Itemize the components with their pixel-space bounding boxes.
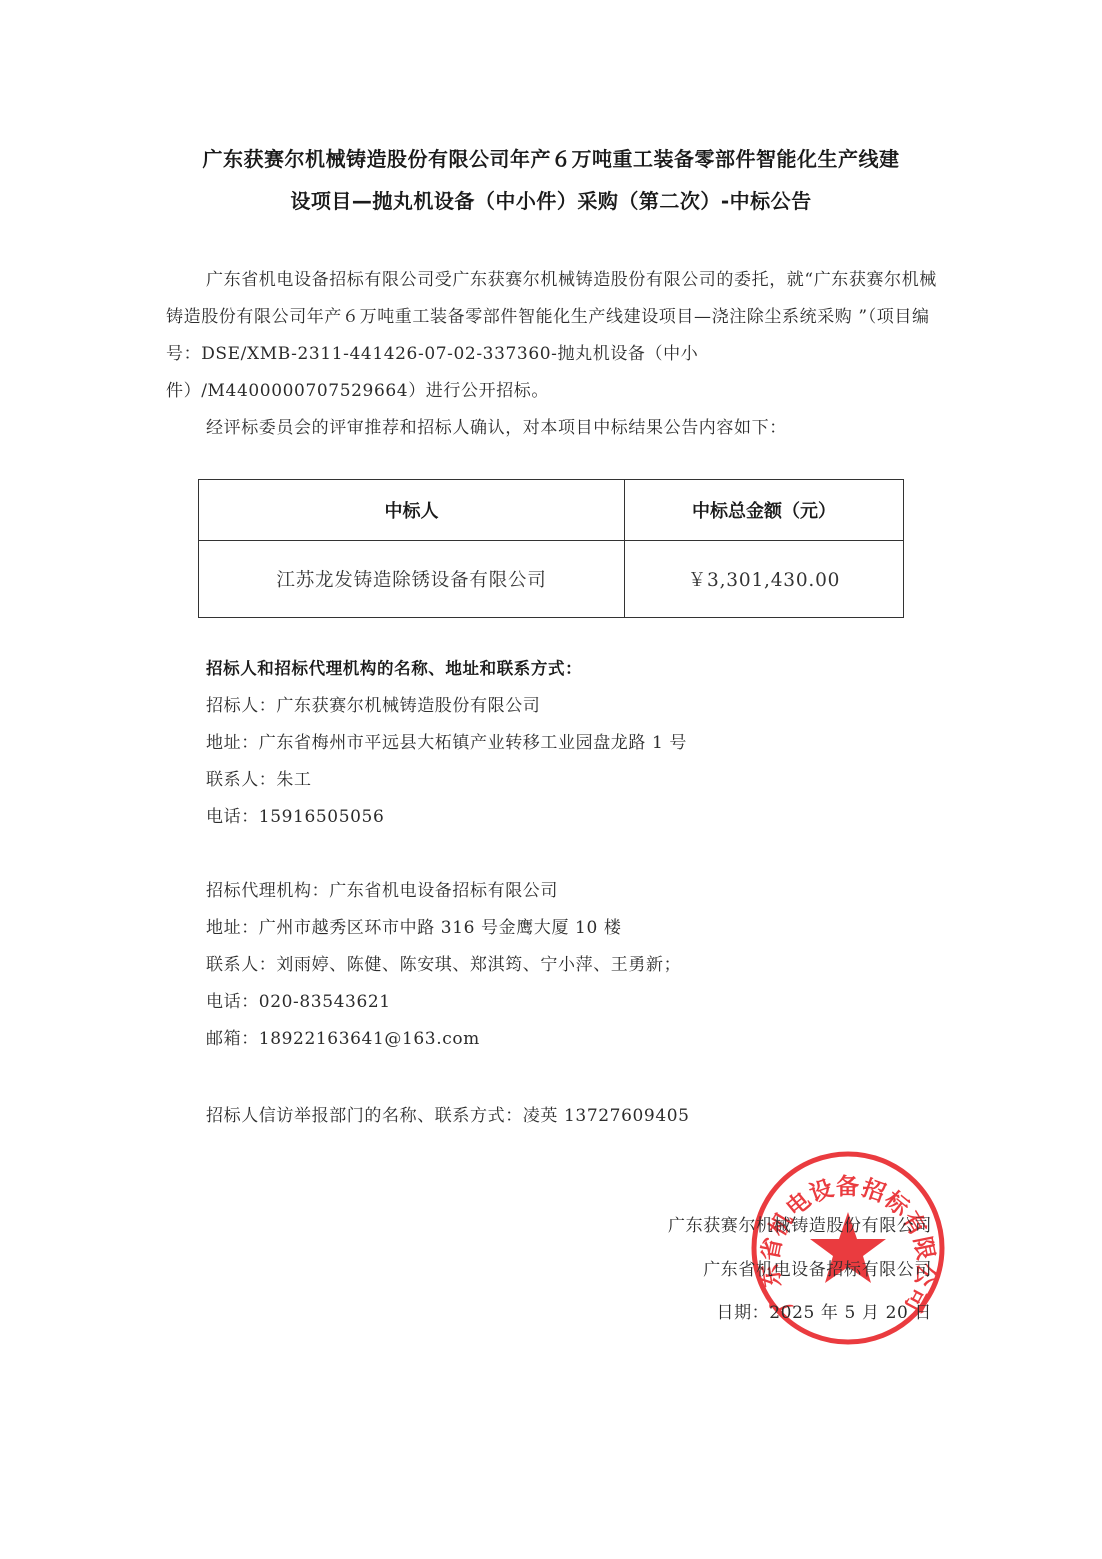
review-statement: 经评标委员会的评审推荐和招标人确认，对本项目中标结果公告内容如下： [206,416,787,440]
signature-agency: 广东省机电设备招标有限公司 [703,1258,932,1282]
agency-contact: 联系人：刘雨婷、陈健、陈安琪、郑淇筠、宁小萍、王勇新； [206,953,681,977]
agency-email: 邮箱：18922163641@163.com [206,1027,480,1051]
header-winner: 中标人 [199,480,625,541]
agency-name: 招标代理机构：广东省机电设备招标有限公司 [206,879,558,903]
tenderer-phone: 电话：15916505056 [206,805,384,829]
signature-tenderer: 广东获赛尔机械铸造股份有限公司 [668,1214,932,1238]
result-table: 中标人 中标总金额（元） 江苏龙发铸造除锈设备有限公司 ￥3,301,430.0… [198,479,904,618]
signature-date: 日期：2025 年 5 月 20 日 [716,1301,932,1325]
tenderer-address: 地址：广东省梅州市平远县大柘镇产业转移工业园盘龙路 1 号 [206,731,687,755]
header-amount: 中标总金额（元） [625,480,904,541]
table-row: 江苏龙发铸造除锈设备有限公司 ￥3,301,430.00 [199,541,904,618]
title-line-2: 设项目—抛丸机设备（中小件）采购（第二次）-中标公告 [150,180,952,222]
title-line-1: 广东获赛尔机械铸造股份有限公司年产６万吨重工装备零部件智能化生产线建 [150,138,952,180]
cell-winner: 江苏龙发铸造除锈设备有限公司 [199,541,625,618]
agency-address: 地址：广州市越秀区环市中路 316 号金鹰大厦 10 楼 [206,916,622,940]
intro-paragraph: 广东省机电设备招标有限公司受广东获赛尔机械铸造股份有限公司的委托，就“广东获赛尔… [166,262,941,410]
cell-amount: ￥3,301,430.00 [625,541,904,618]
agency-phone: 电话：020-83543621 [206,990,391,1014]
table-header-row: 中标人 中标总金额（元） [199,480,904,541]
page-title: 广东获赛尔机械铸造股份有限公司年产６万吨重工装备零部件智能化生产线建 设项目—抛… [150,138,952,222]
tenderer-contact: 联系人：朱工 [206,768,312,792]
tenderer-name: 招标人：广东获赛尔机械铸造股份有限公司 [206,694,540,718]
contacts-heading: 招标人和招标代理机构的名称、地址和联系方式： [206,657,582,681]
document-page: 广东获赛尔机械铸造股份有限公司年产６万吨重工装备零部件智能化生产线建 设项目—抛… [0,0,1102,1559]
complaint-contact: 招标人信访举报部门的名称、联系方式：凌英 13727609405 [206,1104,690,1128]
intro-text: 广东省机电设备招标有限公司受广东获赛尔机械铸造股份有限公司的委托，就“广东获赛尔… [166,270,937,401]
